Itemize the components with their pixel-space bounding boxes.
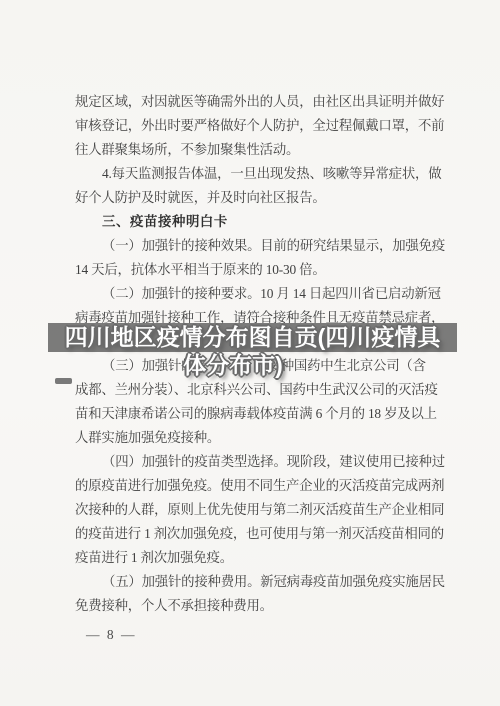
document-text-line: 疫苗进行 1 剂次加强免疫。 [75, 546, 453, 570]
document-text-line: 的原疫苗进行加强免疫。使用不同生产企业的灭活疫苗完成两剂 [75, 474, 453, 498]
page-number: — 8 — [86, 627, 137, 643]
document-text-line: 14 天后，抗体水平相当于原来的 10-30 倍。 [75, 258, 453, 282]
document-text-line: 成都、兰州分装）、北京科兴公司、国药中生武汉公司的灭活疫 [75, 378, 453, 402]
document-text-line: 好个人防护及时就医，并及时向社区报告。 [75, 186, 453, 210]
overlay-title-line-1: 四川地区疫情分布图自贡(四川疫情具 [48, 322, 457, 352]
document-text-line: 免费接种，个人不承担接种费用。 [75, 594, 453, 618]
document-text-line: 4.每天监测报告体温，一旦出现发热、咳嗽等异常症状，做 [75, 162, 453, 186]
document-text-line: 苗和天津康希诺公司的腺病毒载体疫苗满 6 个月的 18 岁及以上 [75, 402, 453, 426]
document-text-line: （二）加强针的接种要求。10 月 14 日起四川省已启动新冠 [75, 282, 453, 306]
scanned-document-page: 规定区域，对因就医等确需外出的人员，由社区出具证明并做好审核登记，外出时要严格做… [0, 0, 500, 706]
document-text-line: 往人群聚集场所，不参加聚集性活动。 [75, 138, 453, 162]
overlay-title-line-2: 体分布市) [0, 350, 466, 380]
document-text-line: 次接种的人群，原则上优先使用与第二剂灭活疫苗生产企业相同 [75, 498, 453, 522]
document-text-line: 审核登记，外出时要严格做好个人防护，全过程佩戴口罩，不前 [75, 114, 453, 138]
document-text-line: 三、疫苗接种明白卡 [75, 210, 453, 234]
document-text-line: （五）加强针的接种费用。新冠病毒疫苗加强免疫实施居民 [75, 570, 453, 594]
document-text-line: 规定区域，对因就医等确需外出的人员，由社区出具证明并做好 [75, 90, 453, 114]
document-text-line: （四）加强针的疫苗类型选择。现阶段，建议使用已接种过 [75, 450, 453, 474]
document-text-line: 人群实施加强免疫接种。 [75, 426, 453, 450]
document-text-line: （一）加强针的接种效果。目前的研究结果显示，加强免疫 [75, 234, 453, 258]
document-text-line: 的疫苗进行 1 剂次加强免疫，也可使用与第一剂灭活疫苗相同的 [75, 522, 453, 546]
